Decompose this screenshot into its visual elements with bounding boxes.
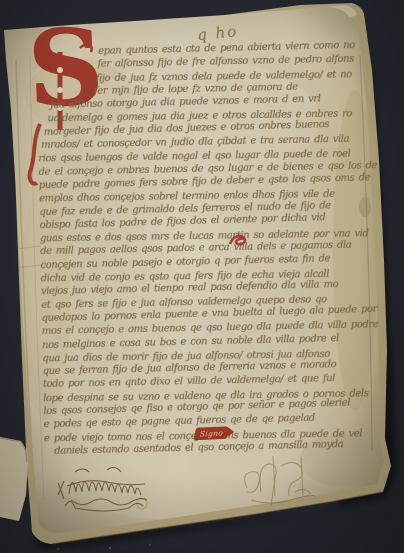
manuscript-photo: S q ho epan quntos esta cta de pena abie… — [0, 0, 404, 553]
rubric-knot-icon — [228, 233, 250, 248]
rubric-cartouche-text: Signo — [199, 428, 223, 438]
rubric-cartouche: Signo — [193, 426, 229, 439]
bottom-left-folio — [0, 437, 28, 521]
notary-signature-left — [55, 460, 155, 512]
notary-signature-right — [237, 448, 325, 508]
manuscript-text-block: epan quntos esta cta de pena abierta vie… — [36, 40, 358, 458]
